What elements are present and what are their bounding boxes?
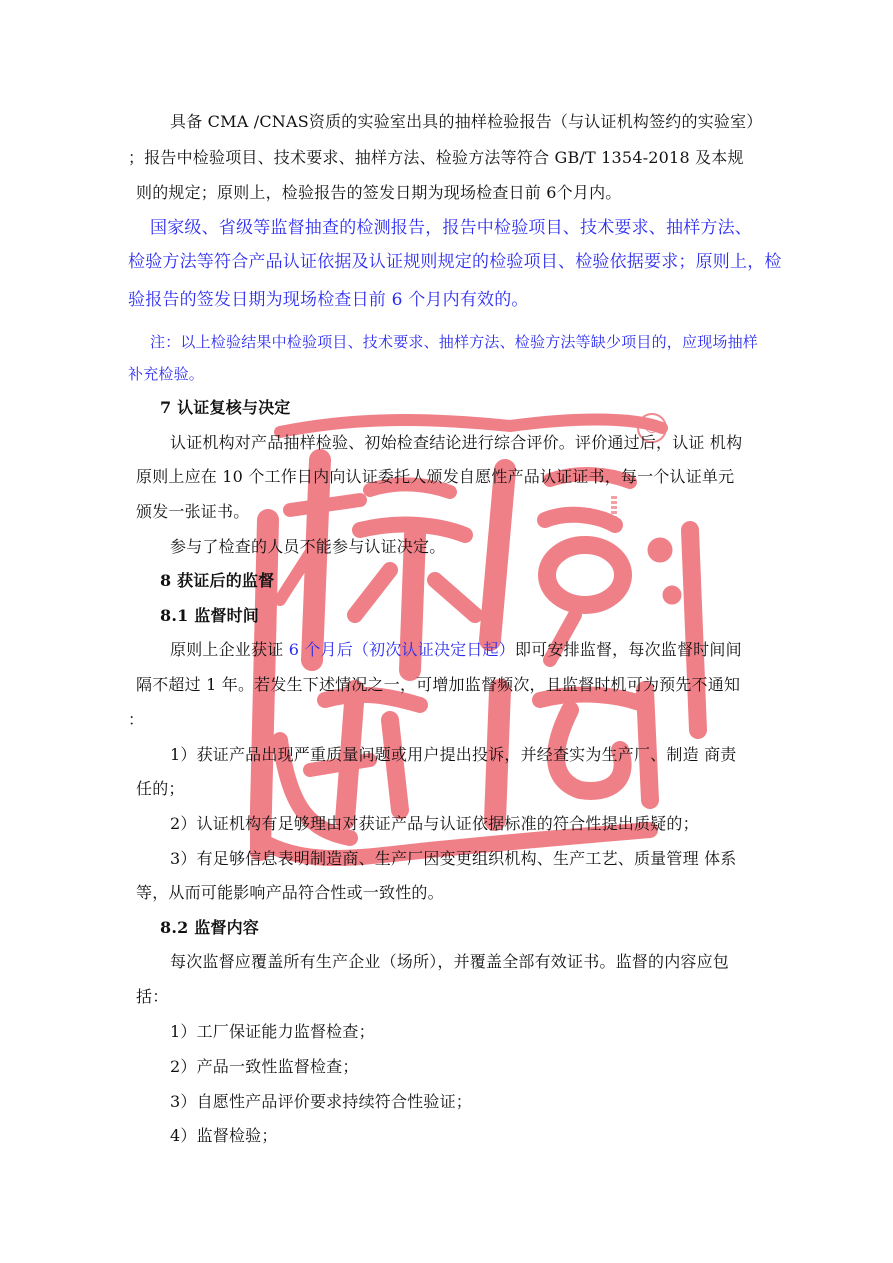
section-8-1-heading: 8.1 监督时间 [160, 606, 794, 626]
highlight-blue-segment: 6 个月后（初次认证决定日起） [289, 640, 515, 659]
note-line: 注：以上检验结果中检验项目、技术要求、抽样方法、检验方法等缺少项目的，应现场抽样 [150, 332, 784, 352]
paragraph-line: 具备 CMA /CNAS资质的实验室出具的抽样检验报告（与认证机构签约的实验室） [170, 112, 804, 132]
list-item: 3）自愿性产品评价要求持续符合性验证； [170, 1092, 804, 1112]
list-item: 4）监督检验； [170, 1126, 804, 1146]
list-item: 1）工厂保证能力监督检查； [170, 1022, 804, 1042]
section-7-para-line: 认证机构对产品抽样检验、初始检查结论进行综合评价。评价通过后，认证 机构 [170, 433, 804, 453]
list-item-continued: 等，从而可能影响产品符合性或一致性的。 [136, 883, 770, 903]
paragraph-line-blue: 检验方法等符合产品认证依据及认证规则规定的检验项目、检验依据要求；原则上，检 [128, 252, 762, 272]
section-7-para-line: 原则上应在 10 个工作日内向认证委托人颁发自愿性产品认证证书，每一个认证单元 [136, 467, 770, 487]
paragraph-line-blue: 国家级、省级等监督抽查的检测报告，报告中检验项目、技术要求、抽样方法、 [150, 218, 784, 238]
section-7-para-line: 颁发一张证书。 [136, 502, 770, 522]
list-item: 2）认证机构有足够理由对获证产品与认证依据标准的符合性提出质疑的； [170, 814, 804, 834]
list-item: 1）获证产品出现严重质量问题或用户提出投诉，并经查实为生产厂、制造 商责 [170, 745, 804, 765]
paragraph-line: ；报告中检验项目、技术要求、抽样方法、检验方法等符合 GB/T 1354-201… [128, 148, 762, 168]
section-8-2-heading: 8.2 监督内容 [160, 918, 794, 938]
section-8-1-para-line: ： [128, 710, 762, 730]
section-8-1-para-line: 原则上企业获证 6 个月后（初次认证决定日起）即可安排监督，每次监督时间间 [170, 640, 804, 660]
section-8-1-para-line: 隔不超过 1 年。若发生下述情况之一，可增加监督频次，且监督时机可为预先不通知 [136, 675, 770, 695]
list-item-continued: 任的； [136, 779, 770, 799]
section-7-heading: 7 认证复核与决定 [160, 398, 794, 418]
section-8-2-intro-line: 每次监督应覆盖所有生产企业（场所），并覆盖全部有效证书。监督的内容应包 [170, 952, 804, 972]
section-7-para2: 参与了检查的人员不能参与认证决定。 [170, 537, 804, 557]
list-item: 3）有足够信息表明制造商、生产厂因变更组织机构、生产工艺、质量管理 体系 [170, 849, 804, 869]
section-8-2-intro-line: 括： [136, 987, 770, 1007]
note-line: 补充检验。 [128, 364, 762, 384]
paragraph-line: 则的规定；原则上，检验报告的签发日期为现场检查日前 6个月内。 [136, 183, 770, 203]
section-8-heading: 8 获证后的监督 [160, 571, 794, 591]
list-item: 2）产品一致性监督检查； [170, 1057, 804, 1077]
document-text: 具备 CMA /CNAS资质的实验室出具的抽样检验报告（与认证机构签约的实验室）… [0, 0, 893, 1263]
text-segment: 即可安排监督，每次监督时间间 [515, 640, 742, 659]
text-segment: 原则上企业获证 [170, 640, 289, 659]
document-page: ® [0, 0, 893, 1263]
paragraph-line-blue: 验报告的签发日期为现场检查日前 6 个月内有效的。 [128, 290, 762, 310]
